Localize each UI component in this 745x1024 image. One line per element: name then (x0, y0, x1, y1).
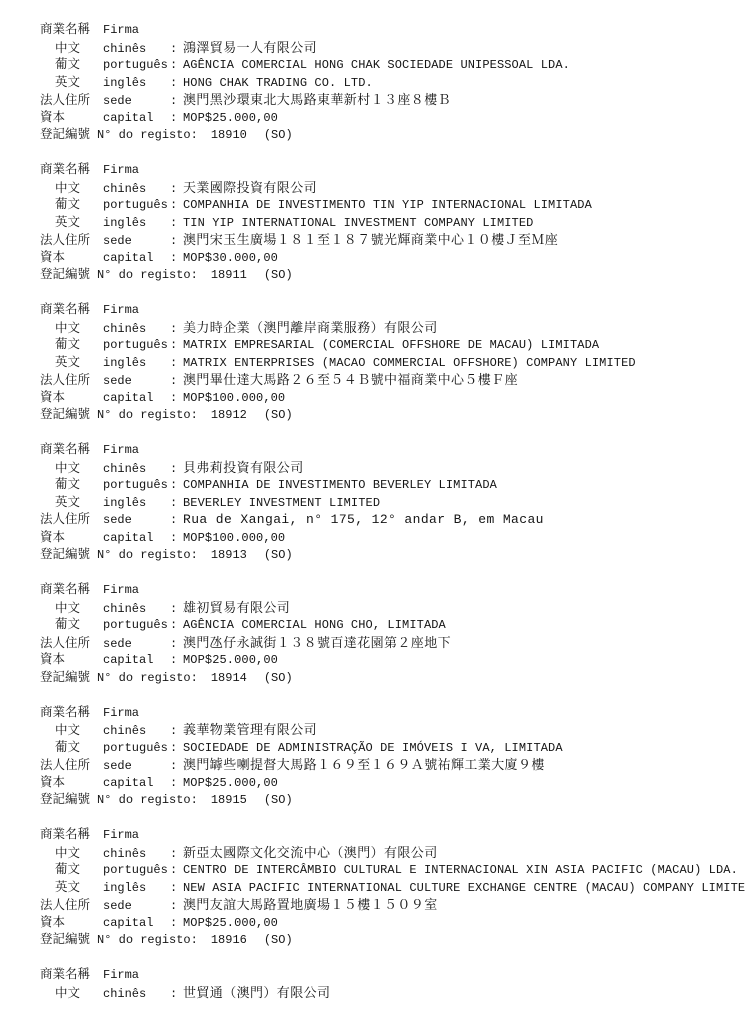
colon: : (170, 776, 183, 790)
registo-label-pt: N° do registo: (97, 408, 198, 422)
registo-label-zh: 登記編號 (40, 264, 90, 282)
registry-entry: 商業名稱 Firma 中文 chinês : 貝弗莉投資有限公司 葡文 port… (40, 439, 731, 562)
chinese-name-value: 新亞太國際文化交流中心（澳門）有限公司 (183, 842, 438, 861)
portuguese-name-row: 葡文 português : AGÊNCIA COMERCIAL HONG CH… (40, 614, 731, 632)
registered-office-value: Rua de Xangai, n° 175, 12° andar B, em M… (183, 512, 544, 527)
firma-label-zh: 商業名稱 (40, 19, 103, 37)
registry-entry: 商業名稱 Firma 中文 chinês : 鴻澤貿易一人有限公司 葡文 por… (40, 19, 731, 142)
chinese-name-value: 美力時企業（澳門離岸商業服務）有限公司 (183, 317, 438, 336)
colon: : (170, 724, 183, 738)
portuguese-label-zh: 葡文 (40, 54, 103, 72)
colon: : (170, 513, 183, 527)
registered-office-row: 法人住所 sede : 澳門宋玉生廣場１８１至１８７號光輝商業中心１０樓Ｊ至Ｍ座 (40, 229, 731, 247)
registry-entry: 商業名稱 Firma 中文 chinês : 新亞太國際文化交流中心（澳門）有限… (40, 824, 731, 947)
colon: : (170, 916, 183, 930)
capital-label-pt: capital (103, 776, 170, 790)
portuguese-name-row: 葡文 português : COMPANHIA DE INVESTIMENTO… (40, 194, 731, 212)
capital-label-pt: capital (103, 111, 170, 125)
capital-label-zh: 資本 (40, 527, 103, 545)
portuguese-name-value: COMPANHIA DE INVESTIMENTO BEVERLEY LIMIT… (183, 478, 497, 492)
firma-header-row: 商業名稱 Firma (40, 824, 731, 842)
english-label-zh: 英文 (40, 212, 103, 230)
registo-label-zh: 登記編號 (40, 789, 90, 807)
portuguese-label-pt: português (103, 741, 170, 755)
capital-value: MOP$25.000,00 (183, 653, 278, 667)
chinese-name-row: 中文 chinês : 雄初貿易有限公司 (40, 597, 731, 615)
chinese-label-zh: 中文 (40, 598, 103, 616)
registered-office-value: 澳門畢仕達大馬路２６至５４Ｂ號中福商業中心５樓Ｆ座 (183, 369, 518, 388)
chinese-name-row: 中文 chinês : 新亞太國際文化交流中心（澳門）有限公司 (40, 842, 731, 860)
firma-label-pt: Firma (103, 303, 170, 317)
chinese-name-value: 鴻澤貿易一人有限公司 (183, 37, 317, 56)
chinese-name-row: 中文 chinês : 天業國際投資有限公司 (40, 177, 731, 195)
firma-label-pt: Firma (103, 163, 170, 177)
sede-label-pt: sede (103, 374, 170, 388)
chinese-label-pt: chinês (103, 847, 170, 861)
english-label-pt: inglês (103, 496, 170, 510)
registo-label-pt: N° do registo: (97, 548, 198, 562)
firma-label-zh: 商業名稱 (40, 159, 103, 177)
portuguese-name-value: AGÊNCIA COMERCIAL HONG CHO, LIMITADA (183, 618, 446, 632)
colon: : (170, 182, 183, 196)
firma-label-zh: 商業名稱 (40, 299, 103, 317)
colon: : (170, 496, 183, 510)
portuguese-name-value: CENTRO DE INTERCÂMBIO CULTURAL E INTERNA… (183, 863, 738, 877)
chinese-name-value: 世貿通（澳門）有限公司 (183, 982, 330, 1001)
registry-entry: 商業名稱 Firma 中文 chinês : 義華物業管理有限公司 葡文 por… (40, 702, 731, 807)
colon: : (170, 251, 183, 265)
registration-number-row: 登記編號 N° do registo: 18910 (SO) (40, 124, 731, 142)
portuguese-label-zh: 葡文 (40, 194, 103, 212)
english-name-row: 英文 inglês : NEW ASIA PACIFIC INTERNATION… (40, 877, 731, 895)
capital-label-zh: 資本 (40, 912, 103, 930)
capital-label-zh: 資本 (40, 387, 103, 405)
english-name-row: 英文 inglês : TIN YIP INTERNATIONAL INVEST… (40, 212, 731, 230)
english-name-value: NEW ASIA PACIFIC INTERNATIONAL CULTURE E… (183, 881, 745, 895)
firma-label-zh: 商業名稱 (40, 702, 103, 720)
firma-label-pt: Firma (103, 443, 170, 457)
english-label-pt: inglês (103, 356, 170, 370)
capital-value: MOP$25.000,00 (183, 111, 278, 125)
colon: : (170, 847, 183, 861)
registered-office-row: 法人住所 sede : Rua de Xangai, n° 175, 12° a… (40, 509, 731, 527)
registo-suffix: (SO) (264, 671, 293, 685)
english-name-value: MATRIX ENTERPRISES (MACAO COMMERCIAL OFF… (183, 356, 636, 370)
english-name-row: 英文 inglês : BEVERLEY INVESTMENT LIMITED (40, 492, 731, 510)
registo-label-pt: N° do registo: (97, 933, 198, 947)
registo-suffix: (SO) (264, 933, 293, 947)
english-name-row: 英文 inglês : HONG CHAK TRADING CO. LTD. (40, 72, 731, 90)
capital-row: 資本 capital : MOP$25.000,00 (40, 649, 731, 667)
english-label-zh: 英文 (40, 352, 103, 370)
capital-label-pt: capital (103, 653, 170, 667)
registered-office-row: 法人住所 sede : 澳門友誼大馬路置地廣場１５樓１５０９室 (40, 894, 731, 912)
registo-label-pt: N° do registo: (97, 793, 198, 807)
registered-office-value: 澳門友誼大馬路置地廣場１５樓１５０９室 (183, 894, 438, 913)
colon: : (170, 374, 183, 388)
portuguese-label-pt: português (103, 338, 170, 352)
registo-suffix: (SO) (264, 268, 293, 282)
capital-row: 資本 capital : MOP$100.000,00 (40, 527, 731, 545)
chinese-label-pt: chinês (103, 602, 170, 616)
portuguese-name-row: 葡文 português : CENTRO DE INTERCÂMBIO CUL… (40, 859, 731, 877)
chinese-label-zh: 中文 (40, 38, 103, 56)
sede-label-zh: 法人住所 (40, 895, 103, 913)
portuguese-name-row: 葡文 português : MATRIX EMPRESARIAL (COMER… (40, 334, 731, 352)
firma-header-row: 商業名稱 Firma (40, 439, 731, 457)
chinese-label-pt: chinês (103, 987, 170, 1001)
portuguese-name-value: AGÊNCIA COMERCIAL HONG CHAK SOCIEDADE UN… (183, 58, 570, 72)
colon: : (170, 741, 183, 755)
colon: : (170, 478, 183, 492)
registered-office-row: 法人住所 sede : 澳門畢仕達大馬路２６至５４Ｂ號中福商業中心５樓Ｆ座 (40, 369, 731, 387)
registo-label-pt: N° do registo: (97, 268, 198, 282)
chinese-label-pt: chinês (103, 724, 170, 738)
registration-number-value: 18913 (211, 548, 247, 562)
colon: : (170, 338, 183, 352)
colon: : (170, 198, 183, 212)
colon: : (170, 759, 183, 773)
colon: : (170, 987, 183, 1001)
firma-label-zh: 商業名稱 (40, 824, 103, 842)
registo-suffix: (SO) (264, 128, 293, 142)
colon: : (170, 322, 183, 336)
firma-header-row: 商業名稱 Firma (40, 19, 731, 37)
portuguese-name-row: 葡文 português : SOCIEDADE DE ADMINISTRAÇÃ… (40, 737, 731, 755)
capital-label-pt: capital (103, 916, 170, 930)
english-label-zh: 英文 (40, 877, 103, 895)
firma-label-pt: Firma (103, 968, 170, 982)
registered-office-row: 法人住所 sede : 澳門氹仔永誠街１３８號百達花園第２座地下 (40, 632, 731, 650)
registration-number-value: 18912 (211, 408, 247, 422)
colon: : (170, 76, 183, 90)
registration-number-row: 登記編號 N° do registo: 18912 (SO) (40, 404, 731, 422)
registo-suffix: (SO) (264, 793, 293, 807)
registo-label-pt: N° do registo: (97, 671, 198, 685)
portuguese-label-pt: português (103, 198, 170, 212)
firma-label-pt: Firma (103, 583, 170, 597)
english-label-pt: inglês (103, 76, 170, 90)
registration-number-value: 18911 (211, 268, 247, 282)
english-name-value: HONG CHAK TRADING CO. LTD. (183, 76, 373, 90)
colon: : (170, 863, 183, 877)
portuguese-label-pt: português (103, 478, 170, 492)
english-label-pt: inglês (103, 216, 170, 230)
registration-number-value: 18915 (211, 793, 247, 807)
portuguese-label-zh: 葡文 (40, 474, 103, 492)
colon: : (170, 111, 183, 125)
colon: : (170, 216, 183, 230)
chinese-label-pt: chinês (103, 462, 170, 476)
sede-label-zh: 法人住所 (40, 755, 103, 773)
colon: : (170, 618, 183, 632)
portuguese-label-pt: português (103, 863, 170, 877)
registo-label-zh: 登記編號 (40, 544, 90, 562)
sede-label-zh: 法人住所 (40, 633, 103, 651)
portuguese-label-zh: 葡文 (40, 859, 103, 877)
english-name-value: TIN YIP INTERNATIONAL INVESTMENT COMPANY… (183, 216, 533, 230)
capital-label-zh: 資本 (40, 772, 103, 790)
chinese-name-row: 中文 chinês : 鴻澤貿易一人有限公司 (40, 37, 731, 55)
registo-label-zh: 登記編號 (40, 124, 90, 142)
sede-label-pt: sede (103, 759, 170, 773)
portuguese-name-value: MATRIX EMPRESARIAL (COMERCIAL OFFSHORE D… (183, 338, 599, 352)
capital-label-pt: capital (103, 251, 170, 265)
registered-office-value: 澳門黑沙環東北大馬路東華新村１３座８樓Ｂ (183, 89, 451, 108)
capital-row: 資本 capital : MOP$25.000,00 (40, 912, 731, 930)
registry-entry: 商業名稱 Firma 中文 chinês : 美力時企業（澳門離岸商業服務）有限… (40, 299, 731, 422)
english-label-zh: 英文 (40, 72, 103, 90)
colon: : (170, 899, 183, 913)
colon: : (170, 531, 183, 545)
registry-entries: 商業名稱 Firma 中文 chinês : 鴻澤貿易一人有限公司 葡文 por… (40, 19, 731, 999)
chinese-name-row: 中文 chinês : 貝弗莉投資有限公司 (40, 457, 731, 475)
registration-number-row: 登記編號 N° do registo: 18915 (SO) (40, 789, 731, 807)
sede-label-pt: sede (103, 94, 170, 108)
registered-office-value: 澳門罅些喇提督大馬路１６９至１６９Ａ號祐輝工業大廈９樓 (183, 754, 545, 773)
registo-label-zh: 登記編號 (40, 929, 90, 947)
capital-value: MOP$25.000,00 (183, 776, 278, 790)
portuguese-label-zh: 葡文 (40, 614, 103, 632)
colon: : (170, 881, 183, 895)
colon: : (170, 462, 183, 476)
capital-value: MOP$100.000,00 (183, 531, 285, 545)
sede-label-pt: sede (103, 234, 170, 248)
firma-header-row: 商業名稱 Firma (40, 964, 731, 982)
capital-value: MOP$100.000,00 (183, 391, 285, 405)
registered-office-value: 澳門宋玉生廣場１８１至１８７號光輝商業中心１０樓Ｊ至Ｍ座 (183, 229, 558, 248)
portuguese-label-pt: português (103, 58, 170, 72)
sede-label-pt: sede (103, 899, 170, 913)
chinese-label-zh: 中文 (40, 318, 103, 336)
capital-value: MOP$25.000,00 (183, 916, 278, 930)
chinese-label-zh: 中文 (40, 720, 103, 738)
registration-number-value: 18914 (211, 671, 247, 685)
chinese-name-value: 雄初貿易有限公司 (183, 597, 290, 616)
chinese-label-pt: chinês (103, 322, 170, 336)
colon: : (170, 42, 183, 56)
colon: : (170, 58, 183, 72)
registration-number-row: 登記編號 N° do registo: 18916 (SO) (40, 929, 731, 947)
chinese-name-row: 中文 chinês : 世貿通（澳門）有限公司 (40, 982, 731, 1000)
colon: : (170, 602, 183, 616)
chinese-name-value: 義華物業管理有限公司 (183, 719, 317, 738)
capital-row: 資本 capital : MOP$30.000,00 (40, 247, 731, 265)
sede-label-zh: 法人住所 (40, 230, 103, 248)
english-name-row: 英文 inglês : MATRIX ENTERPRISES (MACAO CO… (40, 352, 731, 370)
firma-label-zh: 商業名稱 (40, 439, 103, 457)
colon: : (170, 94, 183, 108)
registo-label-pt: N° do registo: (97, 128, 198, 142)
capital-row: 資本 capital : MOP$25.000,00 (40, 107, 731, 125)
chinese-label-pt: chinês (103, 182, 170, 196)
colon: : (170, 637, 183, 651)
registry-entry: 商業名稱 Firma 中文 chinês : 雄初貿易有限公司 葡文 portu… (40, 579, 731, 684)
capital-label-pt: capital (103, 531, 170, 545)
chinese-label-zh: 中文 (40, 178, 103, 196)
portuguese-name-value: SOCIEDADE DE ADMINISTRAÇÃO DE IMÓVEIS I … (183, 741, 563, 755)
registo-label-zh: 登記編號 (40, 404, 90, 422)
colon: : (170, 234, 183, 248)
registration-number-value: 18916 (211, 933, 247, 947)
chinese-name-value: 天業國際投資有限公司 (183, 177, 317, 196)
sede-label-pt: sede (103, 513, 170, 527)
registered-office-row: 法人住所 sede : 澳門罅些喇提督大馬路１６９至１６９Ａ號祐輝工業大廈９樓 (40, 754, 731, 772)
registration-number-value: 18910 (211, 128, 247, 142)
portuguese-name-value: COMPANHIA DE INVESTIMENTO TIN YIP INTERN… (183, 198, 592, 212)
firma-label-zh: 商業名稱 (40, 964, 103, 982)
capital-label-pt: capital (103, 391, 170, 405)
sede-label-zh: 法人住所 (40, 370, 103, 388)
registry-entry: 商業名稱 Firma 中文 chinês : 世貿通（澳門）有限公司 (40, 964, 731, 999)
capital-row: 資本 capital : MOP$100.000,00 (40, 387, 731, 405)
english-name-value: BEVERLEY INVESTMENT LIMITED (183, 496, 380, 510)
chinese-label-pt: chinês (103, 42, 170, 56)
chinese-label-zh: 中文 (40, 458, 103, 476)
sede-label-zh: 法人住所 (40, 90, 103, 108)
firma-label-pt: Firma (103, 23, 170, 37)
sede-label-pt: sede (103, 637, 170, 651)
capital-row: 資本 capital : MOP$25.000,00 (40, 772, 731, 790)
english-label-zh: 英文 (40, 492, 103, 510)
capital-value: MOP$30.000,00 (183, 251, 278, 265)
firma-header-row: 商業名稱 Firma (40, 702, 731, 720)
firma-header-row: 商業名稱 Firma (40, 299, 731, 317)
registo-label-zh: 登記編號 (40, 667, 90, 685)
registration-number-row: 登記編號 N° do registo: 18913 (SO) (40, 544, 731, 562)
portuguese-label-zh: 葡文 (40, 334, 103, 352)
registered-office-row: 法人住所 sede : 澳門黑沙環東北大馬路東華新村１３座８樓Ｂ (40, 89, 731, 107)
registered-office-value: 澳門氹仔永誠街１３８號百達花園第２座地下 (183, 632, 451, 651)
capital-label-zh: 資本 (40, 247, 103, 265)
chinese-label-zh: 中文 (40, 983, 103, 1001)
firma-label-pt: Firma (103, 706, 170, 720)
firma-header-row: 商業名稱 Firma (40, 579, 731, 597)
registo-suffix: (SO) (264, 548, 293, 562)
colon: : (170, 391, 183, 405)
capital-label-zh: 資本 (40, 107, 103, 125)
firma-header-row: 商業名稱 Firma (40, 159, 731, 177)
registo-suffix: (SO) (264, 408, 293, 422)
colon: : (170, 356, 183, 370)
sede-label-zh: 法人住所 (40, 509, 103, 527)
portuguese-name-row: 葡文 português : COMPANHIA DE INVESTIMENTO… (40, 474, 731, 492)
chinese-name-value: 貝弗莉投資有限公司 (183, 457, 304, 476)
firma-label-zh: 商業名稱 (40, 579, 103, 597)
portuguese-label-zh: 葡文 (40, 737, 103, 755)
registration-number-row: 登記編號 N° do registo: 18914 (SO) (40, 667, 731, 685)
portuguese-label-pt: português (103, 618, 170, 632)
portuguese-name-row: 葡文 português : AGÊNCIA COMERCIAL HONG CH… (40, 54, 731, 72)
chinese-name-row: 中文 chinês : 義華物業管理有限公司 (40, 719, 731, 737)
chinese-label-zh: 中文 (40, 843, 103, 861)
registry-document-page: 商業名稱 Firma 中文 chinês : 鴻澤貿易一人有限公司 葡文 por… (0, 0, 745, 1024)
firma-label-pt: Firma (103, 828, 170, 842)
capital-label-zh: 資本 (40, 649, 103, 667)
chinese-name-row: 中文 chinês : 美力時企業（澳門離岸商業服務）有限公司 (40, 317, 731, 335)
registry-entry: 商業名稱 Firma 中文 chinês : 天業國際投資有限公司 葡文 por… (40, 159, 731, 282)
registration-number-row: 登記編號 N° do registo: 18911 (SO) (40, 264, 731, 282)
english-label-pt: inglês (103, 881, 170, 895)
colon: : (170, 653, 183, 667)
